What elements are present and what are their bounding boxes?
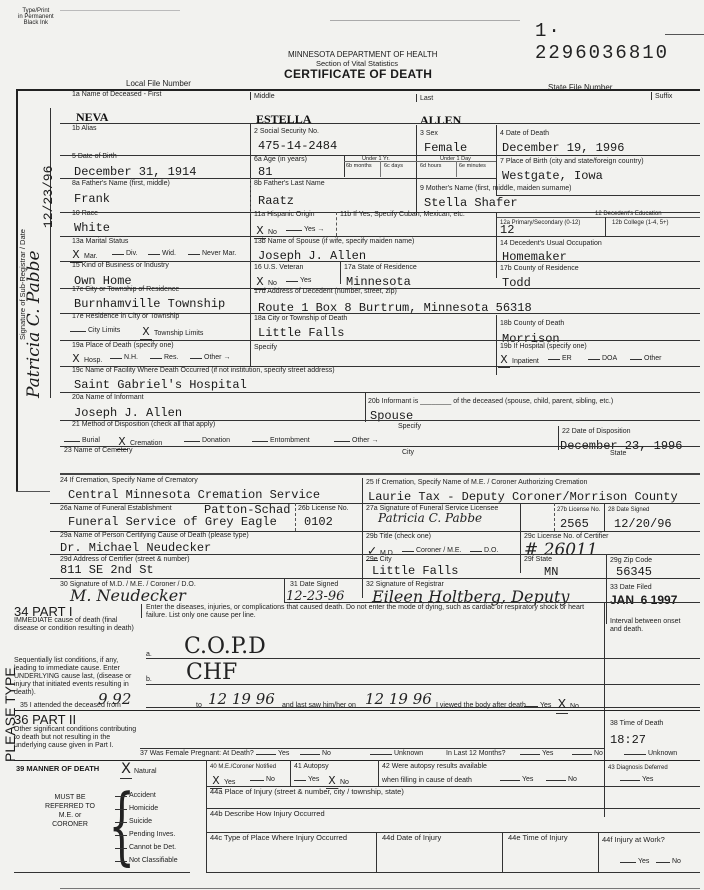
label-42-sub: when filling in cause of death	[382, 777, 472, 785]
attended-to-value[interactable]: 12 19 96	[208, 690, 275, 708]
label-40: 40 M.E./Coroner Notified	[210, 763, 276, 771]
label-44b: 44b Describe How Injury Occurred	[210, 810, 325, 818]
label-5: 5 Date of Birth	[72, 153, 117, 161]
cause-a-value[interactable]: C.O.P.D	[184, 634, 266, 659]
subregistrar-date: 12/23/96	[41, 166, 56, 228]
label-12b: 12b College (1-4, 5+)	[612, 219, 669, 227]
manner-accident[interactable]: Accident	[115, 792, 156, 799]
label-17a: 17a State of Residence	[344, 264, 417, 272]
label-29a: 29a Name of Person Certifying Cause of D…	[60, 532, 249, 540]
label-28: 28 Date Signed	[608, 506, 649, 514]
disposition-entombment[interactable]: Entombment	[252, 437, 310, 444]
label-1b: 1b Alias	[72, 125, 97, 133]
label-44e: 44e Time of Injury	[508, 834, 568, 842]
manner-pending[interactable]: Pending Inves.	[115, 831, 175, 838]
pregnant-death-yes[interactable]: Yes	[256, 750, 289, 757]
licensee-number-value: 2565	[560, 518, 589, 531]
label-29e: 29e City	[366, 556, 392, 564]
label-35-lastsaw: and last saw him/her on	[282, 702, 356, 710]
part-1-instructions: Enter the diseases, injuries, or complic…	[146, 604, 596, 620]
place-of-birth-value: Westgate, Iowa	[502, 170, 603, 183]
label-17b: 17b County of Residence	[500, 265, 579, 273]
label-33: 33 Date Filed	[610, 584, 652, 592]
label-17d: 17d Address of Decedent (number, street,…	[254, 288, 397, 296]
residence-township-limits[interactable]: XTownship Limits	[140, 325, 203, 340]
label-44d: 44d Date of Injury	[382, 834, 441, 842]
label-2: 2 Social Security No.	[254, 128, 319, 136]
certifier-address-value: 811 SE 2nd St	[60, 564, 154, 577]
label-37-last12: In Last 12 Months?	[446, 750, 506, 758]
occupation-value: Homemaker	[502, 251, 567, 264]
label-38: 38 Time of Death	[610, 720, 663, 728]
label-19b: 19b If Hospital (specify one)	[500, 343, 587, 351]
pregnant-death-no[interactable]: No	[300, 750, 331, 757]
disposition-donation[interactable]: Donation	[184, 437, 230, 444]
marital-widowed[interactable]: Wid.	[148, 250, 176, 257]
label-suffix: Suffix	[655, 93, 672, 101]
label-4: 4 Date of Death	[500, 130, 549, 138]
label-35-viewed: I viewed the body after death	[436, 702, 526, 710]
city-of-death-value: Little Falls	[258, 327, 344, 340]
label-23-state: State	[610, 450, 626, 458]
title-coroner[interactable]: Coroner / M.E.	[402, 547, 462, 554]
hospital-er[interactable]: ER	[548, 355, 572, 362]
date-filed-value: JAN 6 1997	[610, 593, 677, 607]
certifier-signature: M. Neudecker	[70, 586, 186, 605]
label-29b: 29b Title (check one)	[366, 533, 431, 541]
label-24: 24 If Cremation, Specify Name of Cremato…	[60, 477, 198, 485]
hospital-other[interactable]: Other	[630, 355, 662, 362]
label-35-to: to	[196, 702, 202, 710]
date-signed-28-value: 12/20/96	[614, 518, 672, 531]
father-last-value: Raatz	[258, 195, 294, 208]
label-23: 23 Name of Cemetery	[64, 447, 132, 455]
hispanic-origin-yes[interactable]: Yes →	[286, 226, 324, 233]
part-1-immediate: IMMEDIATE cause of death (final disease …	[14, 617, 140, 633]
page-title: CERTIFICATE OF DEATH	[284, 67, 432, 81]
part-2-title: 36 PART II	[14, 712, 76, 727]
title-do[interactable]: D.O.	[470, 547, 498, 554]
ssn-value: 475-14-2484	[258, 140, 337, 153]
label-6c: 6c days	[384, 162, 403, 170]
manner-suicide[interactable]: Suicide	[115, 818, 152, 825]
place-other[interactable]: Other →	[190, 354, 230, 361]
part-2-label: Other significant conditions contributin…	[14, 726, 140, 750]
label-19a-specify: Specify	[254, 344, 277, 352]
ink-note: Type/Print in Permanent Black Ink	[18, 8, 54, 26]
funeral-licensee-signature: Patricia C. Pabbe	[378, 511, 482, 525]
label-6a: 6a Age (in years)	[254, 156, 307, 164]
last-name-value: ALLEN	[420, 113, 461, 128]
must-refer-label: MUST BE REFERRED TO M.E. or CORONER	[40, 793, 100, 829]
label-last: Last	[420, 95, 433, 103]
veteran-yes[interactable]: Yes	[286, 277, 311, 284]
mother-name-value: Stella Shafer	[424, 197, 518, 210]
time-of-death-value: 18:27	[610, 734, 646, 747]
label-27b: 27b License No.	[557, 506, 600, 514]
city-residence-value: Burnhamville Township	[74, 298, 225, 311]
race-value: White	[74, 222, 110, 235]
label-20a: 20a Name of Informant	[72, 394, 144, 402]
cause-b-value[interactable]: CHF	[186, 660, 237, 685]
pregnant-12mo-no[interactable]: No	[572, 750, 603, 757]
label-29f: 29f State	[524, 556, 552, 564]
marital-divorced[interactable]: Div.	[112, 250, 138, 257]
manner-cannot-determine[interactable]: Cannot be Det.	[115, 844, 176, 851]
label-14: 14 Decedent's Usual Occupation	[500, 240, 602, 248]
label-39: 39 MANNER OF DEATH	[16, 764, 99, 773]
label-17c: 17c City or Township of Residence	[72, 286, 179, 294]
label-18a: 18a City or Township of Death	[254, 315, 347, 323]
label-29g: 29g Zip Code	[610, 557, 652, 565]
label-6e: 6e minutes	[459, 162, 486, 170]
label-11a: 11a Hispanic Origin	[254, 211, 315, 219]
viewed-body-yes[interactable]: Yes	[524, 702, 551, 709]
interval-label: Interval between onset and death.	[610, 618, 690, 634]
department: MINNESOTA DEPARTMENT OF HEALTH	[288, 50, 438, 59]
cause-b-letter: b.	[146, 676, 152, 684]
label-16: 16 U.S. Veteran	[254, 264, 303, 272]
label-middle: Middle	[254, 93, 275, 101]
autopsy-available-yes[interactable]: Yes	[500, 776, 533, 783]
attended-from-value[interactable]: 9 92	[98, 690, 131, 708]
local-file-label: Local File Number	[126, 80, 191, 88]
place-residence[interactable]: Res.	[150, 354, 178, 361]
funeral-license-value: 0102	[304, 516, 333, 529]
marital-never[interactable]: Never Mar.	[188, 250, 236, 257]
label-3: 3 Sex	[420, 130, 438, 138]
pregnant-12mo-unknown[interactable]: Unknown	[624, 750, 677, 757]
injury-at-work-no[interactable]: No	[656, 858, 681, 865]
middle-name-value: ESTELLA	[256, 112, 311, 127]
label-13b: 13b Name of Spouse (if wife, specify mai…	[254, 238, 414, 246]
manner-homicide[interactable]: Homicide	[115, 805, 158, 812]
disposition-burial[interactable]: Burial	[64, 437, 100, 444]
label-9: 9 Mother's Name (first, middle, maiden s…	[420, 185, 572, 193]
label-6d: 6d hours	[420, 162, 441, 170]
label-18b: 18b County of Death	[500, 320, 564, 328]
label-26a: 26a Name of Funeral Establishment	[60, 505, 172, 513]
label-37: 37 Was Female Pregnant: At Death?	[140, 750, 254, 758]
label-11b: 11b If Yes, Specify Cuban, Mexican, etc.	[340, 211, 465, 219]
label-15: 15 Kind of Business or Industry	[72, 262, 169, 270]
autopsy-available-no[interactable]: No	[546, 776, 577, 783]
label-41: 41 Autopsy	[294, 763, 329, 771]
label-19c: 19c Name of Facility Where Death Occurre…	[72, 367, 335, 375]
label-20b: 20b Informant is ________ of the decease…	[368, 398, 613, 406]
last-saw-value[interactable]: 12 19 96	[365, 690, 432, 708]
pregnant-12mo-yes[interactable]: Yes	[520, 750, 553, 757]
label-44c: 44c Type of Place Where Injury Occurred	[210, 834, 347, 842]
label-8b: 8b Father's Last Name	[254, 180, 325, 188]
label-21: 21 Method of Disposition (check all that…	[72, 421, 215, 429]
funeral-home-value-2: Funeral Service of Grey Eagle	[68, 516, 277, 529]
father-first-value: Frank	[74, 193, 110, 206]
place-hospital[interactable]: XHosp.	[70, 352, 102, 367]
label-43: 43 Diagnosis Deferred	[608, 764, 668, 772]
manner-not-classifiable[interactable]: Not Classifiable	[115, 857, 178, 864]
viewed-body-no[interactable]: XNo	[556, 697, 579, 714]
label-31: 31 Date Signed	[290, 581, 338, 589]
sex-value: Female	[424, 142, 467, 155]
label-10: 10 Race	[72, 210, 98, 218]
certifier-city-value: Little Falls	[372, 565, 458, 578]
label-13a: 13a Marital Status	[72, 238, 128, 246]
pregnant-death-unknown[interactable]: Unknown	[370, 750, 423, 757]
date-of-death-value: December 19, 1996	[502, 142, 624, 155]
label-42: 42 Were autopsy results available	[382, 763, 487, 771]
label-25: 25 If Cremation, Specify Name of M.E. / …	[366, 479, 587, 487]
label-23-city: City	[402, 449, 414, 457]
label-22: 22 Date of Disposition	[562, 428, 630, 436]
label-26b: 26b License No.	[298, 505, 349, 513]
informant-relation-value: Spouse	[370, 410, 413, 423]
informant-value: Joseph J. Allen	[74, 407, 182, 420]
label-1a: 1a Name of Deceased - First	[72, 91, 161, 99]
crematory-value: Central Minnesota Cremation Service	[68, 489, 320, 502]
disposition-other[interactable]: Other →	[334, 437, 378, 444]
autopsy-yes[interactable]: Yes	[294, 776, 319, 783]
diagnosis-deferred-yes[interactable]: Yes	[620, 776, 653, 783]
injury-at-work-yes[interactable]: Yes	[620, 858, 649, 865]
residence-city-limits[interactable]: City Limits	[70, 327, 120, 334]
label-44a: 44a Place of Injury (street & number, ci…	[210, 788, 404, 796]
certificate-number: 1· 2296036810	[535, 20, 704, 64]
label-6b: 6b months	[346, 162, 372, 170]
label-19a: 19a Place of Death (specify one)	[72, 342, 174, 350]
place-nursing-home[interactable]: N.H.	[110, 354, 138, 361]
label-17e: 17e Residence in City or Township	[72, 313, 179, 321]
label-21-specify: Specify	[398, 423, 421, 431]
label-44f: 44f Injury at Work?	[602, 836, 665, 844]
label-8a: 8a Father's Name (first, middle)	[72, 180, 170, 188]
hospital-doa[interactable]: DOA	[588, 355, 617, 362]
facility-value: Saint Gabriel's Hospital	[74, 379, 247, 392]
label-7: 7 Place of Birth (city and state/foreign…	[500, 158, 644, 166]
coroner-notified-no[interactable]: No	[250, 776, 275, 783]
subregistrar-signature: Patricia C. Pabbe	[24, 250, 44, 398]
